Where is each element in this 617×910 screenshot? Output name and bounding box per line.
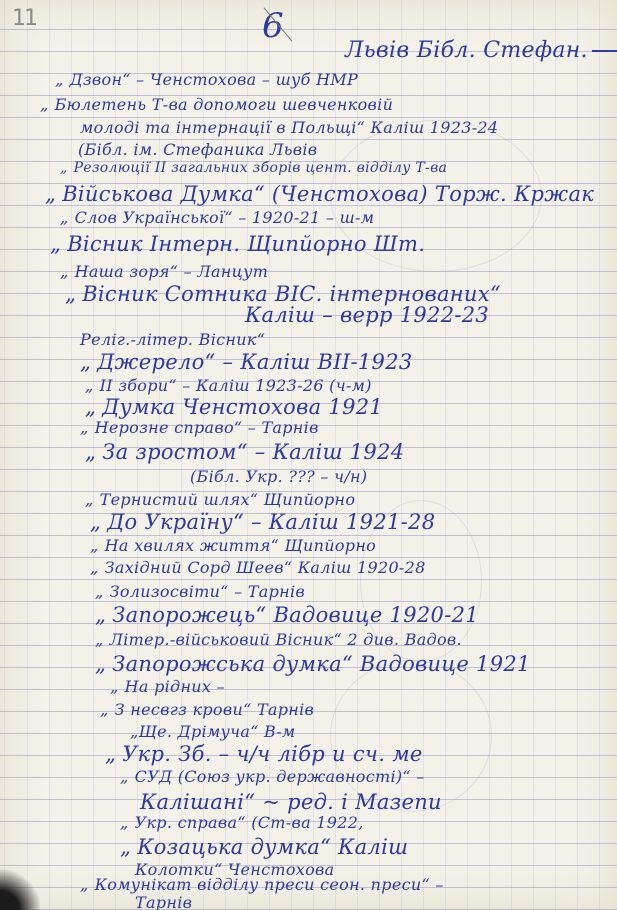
handwritten-entry: „За зростом“ – Каліш 1924 bbox=[85, 440, 404, 464]
handwritten-entry: „Військова Думка“ (Ченстохова) Торж. Крж… bbox=[45, 182, 594, 206]
entry-text: Реліг.-літер. Вісник“ bbox=[80, 330, 265, 349]
handwritten-entry: молоді та інтернації в Польщі“ Каліш 192… bbox=[80, 118, 498, 137]
entry-text: Комунікат відділу преси сеон. преси“ – bbox=[95, 875, 444, 894]
entry-text: Літер.-військовий Вісник“ 2 див. Вадов. bbox=[110, 630, 462, 649]
entry-text: Тернистий шлях“ Щипйорно bbox=[100, 490, 356, 509]
handwritten-entry: „Комунікат відділу преси сеон. преси“ – bbox=[80, 875, 444, 894]
entry-text: Бюлетень Т-ва допомоги шевченковій bbox=[55, 95, 394, 114]
opening-quote-mark: „ bbox=[85, 440, 96, 464]
entry-text: Калішані“ ~ ред. і Мазепи bbox=[140, 790, 442, 814]
entry-text: Резолюції ІІ загальних зборів цент. відд… bbox=[74, 160, 448, 176]
opening-quote-mark: „ bbox=[120, 813, 129, 832]
entry-text: Укр. Зб. – ч/ч лібр и сч. ме bbox=[122, 742, 422, 766]
entry-text: Наша зоря“ – Ланцут bbox=[75, 262, 269, 281]
heading-text: Львів Бібл. Стефан. bbox=[345, 38, 588, 63]
entry-text: Дзвон“ – Ченстохова – шуб НМР bbox=[70, 70, 358, 89]
entry-text: „Ще. Дрімуча“ В-м bbox=[130, 722, 295, 741]
opening-quote-mark: „ bbox=[65, 282, 76, 306]
handwritten-entry: Реліг.-літер. Вісник“ bbox=[80, 330, 265, 349]
heading-underline bbox=[592, 50, 617, 52]
handwritten-entry: „До Україну“ – Каліш 1921-28 bbox=[90, 510, 435, 534]
entry-text: Запорожець“ Вадовице 1920-21 bbox=[112, 603, 479, 627]
handwritten-entry: Каліш – верр 1922-23 bbox=[245, 303, 489, 327]
opening-quote-mark: „ bbox=[120, 767, 129, 786]
section-number: 6 bbox=[262, 6, 284, 46]
page-heading: Львів Бібл. Стефан. bbox=[345, 38, 617, 63]
opening-quote-mark: „ bbox=[95, 603, 106, 627]
handwritten-entry: „Запорожська думка“ Вадовице 1921 bbox=[95, 652, 531, 676]
opening-quote-mark: „ bbox=[95, 630, 104, 649]
entry-text: На хвилях життя“ Щипйорно bbox=[105, 536, 377, 555]
entry-text: До Україну“ – Каліш 1921-28 bbox=[107, 510, 435, 534]
entry-text: Думка Ченстохова 1921 bbox=[102, 395, 383, 419]
entry-text: Слов Української“ – 1920-21 – ш-м bbox=[75, 208, 375, 227]
opening-quote-mark: „ bbox=[40, 95, 49, 114]
opening-quote-mark: „ bbox=[90, 510, 101, 534]
entry-text: За зростом“ – Каліш 1924 bbox=[102, 440, 404, 464]
entry-text: На рідних – bbox=[125, 677, 225, 696]
handwritten-entry: „Західний Сорд Шеев“ Каліш 1920-28 bbox=[90, 558, 426, 577]
entry-text: СУД (Союз укр. державності)“ – bbox=[135, 767, 425, 786]
handwritten-entry: (Бібл. ім. Стефаника Львів bbox=[78, 140, 317, 159]
opening-quote-mark: „ bbox=[90, 536, 99, 555]
entry-text: Вісник Інтерн. Щипйорно Шт. bbox=[67, 232, 425, 256]
handwritten-entry: „Наша зоря“ – Ланцут bbox=[60, 262, 268, 281]
handwritten-entry: „Резолюції ІІ загальних зборів цент. від… bbox=[60, 160, 447, 176]
opening-quote-mark: „ bbox=[85, 376, 94, 395]
opening-quote-mark: „ bbox=[85, 395, 96, 419]
handwritten-entry: „З несвгз крови“ Тарнів bbox=[100, 700, 314, 719]
opening-quote-mark: „ bbox=[120, 835, 131, 859]
opening-quote-mark: „ bbox=[50, 232, 61, 256]
entry-text: З несвгз крови“ Тарнів bbox=[115, 700, 315, 719]
handwritten-entry: „Укр. справа“ (Ст-ва 1922, bbox=[120, 813, 364, 832]
opening-quote-mark: „ bbox=[60, 160, 68, 176]
handwritten-entry: Калішані“ ~ ред. і Мазепи bbox=[140, 790, 442, 814]
handwritten-entry: „СУД (Союз укр. державності)“ – bbox=[120, 767, 425, 786]
handwritten-entry: Тарнів bbox=[135, 893, 192, 910]
handwritten-entry: „Бюлетень Т-ва допомоги шевченковій bbox=[40, 95, 393, 114]
entry-text: Тарнів bbox=[135, 893, 192, 910]
opening-quote-mark: „ bbox=[95, 652, 106, 676]
opening-quote-mark: „ bbox=[45, 182, 56, 206]
handwritten-entry: (Бібл. Укр. ??? – ч/н) bbox=[190, 467, 367, 486]
entry-text: Золизосвіти“ – Тарнів bbox=[110, 582, 305, 601]
opening-quote-mark: „ bbox=[85, 490, 94, 509]
handwritten-entry: „Думка Ченстохова 1921 bbox=[85, 395, 383, 419]
opening-quote-mark: „ bbox=[60, 208, 69, 227]
entry-text: (Бібл. Укр. ??? – ч/н) bbox=[190, 467, 367, 486]
entry-text: Нерозне справо“ – Тарнів bbox=[95, 418, 319, 437]
handwritten-entry: „Козацька думка“ Каліш bbox=[120, 835, 408, 859]
opening-quote-mark: „ bbox=[95, 582, 104, 601]
handwritten-entry: „На рідних – bbox=[110, 677, 225, 696]
entry-text: Запорожська думка“ Вадовице 1921 bbox=[112, 652, 530, 676]
handwritten-entry: „Дзвон“ – Ченстохова – шуб НМР bbox=[55, 70, 358, 89]
opening-quote-mark: „ bbox=[110, 677, 119, 696]
notebook-page: 11 6 Львів Бібл. Стефан. „Дзвон“ – Ченст… bbox=[0, 0, 617, 910]
entry-text: (Бібл. ім. Стефаника Львів bbox=[78, 140, 317, 159]
opening-quote-mark: „ bbox=[80, 418, 89, 437]
opening-quote-mark: „ bbox=[60, 262, 69, 281]
handwritten-entry: „Укр. Зб. – ч/ч лібр и сч. ме bbox=[105, 742, 423, 766]
handwritten-entry: „На хвилях життя“ Щипйорно bbox=[90, 536, 376, 555]
handwritten-entry: „Джерело“ – Каліш ВІІ-1923 bbox=[80, 350, 413, 374]
handwritten-entry: „Тернистий шлях“ Щипйорно bbox=[85, 490, 355, 509]
page-corner-shadow bbox=[0, 860, 40, 910]
entry-text: Каліш – верр 1922-23 bbox=[245, 303, 489, 327]
handwritten-entry: „ІІ збори“ – Каліш 1923-26 (ч-м) bbox=[85, 376, 372, 395]
entry-text: Західний Сорд Шеев“ Каліш 1920-28 bbox=[105, 558, 426, 577]
handwritten-entry: „Ще. Дрімуча“ В-м bbox=[130, 722, 295, 741]
entry-text: ІІ збори“ – Каліш 1923-26 (ч-м) bbox=[100, 376, 372, 395]
handwritten-entry: „Золизосвіти“ – Тарнів bbox=[95, 582, 305, 601]
opening-quote-mark: „ bbox=[90, 558, 99, 577]
handwritten-entry: „Слов Української“ – 1920-21 – ш-м bbox=[60, 208, 374, 227]
entry-text: Укр. справа“ (Ст-ва 1922, bbox=[135, 813, 364, 832]
page-number: 11 bbox=[12, 6, 36, 31]
opening-quote-mark: „ bbox=[80, 875, 89, 894]
entry-text: Джерело“ – Каліш ВІІ-1923 bbox=[97, 350, 412, 374]
opening-quote-mark: „ bbox=[100, 700, 109, 719]
handwritten-entry: „Літер.-військовий Вісник“ 2 див. Вадов. bbox=[95, 630, 462, 649]
entry-text: Військова Думка“ (Ченстохова) Торж. Кржа… bbox=[62, 182, 594, 206]
opening-quote-mark: „ bbox=[80, 350, 91, 374]
opening-quote-mark: „ bbox=[55, 70, 64, 89]
opening-quote-mark: „ bbox=[105, 742, 116, 766]
handwritten-entry: „Вісник Інтерн. Щипйорно Шт. bbox=[50, 232, 425, 256]
handwritten-entry: „Запорожець“ Вадовице 1920-21 bbox=[95, 603, 479, 627]
handwritten-entry: „Нерозне справо“ – Тарнів bbox=[80, 418, 319, 437]
entry-text: молоді та інтернації в Польщі“ Каліш 192… bbox=[80, 118, 498, 137]
entry-text: Козацька думка“ Каліш bbox=[137, 835, 408, 859]
